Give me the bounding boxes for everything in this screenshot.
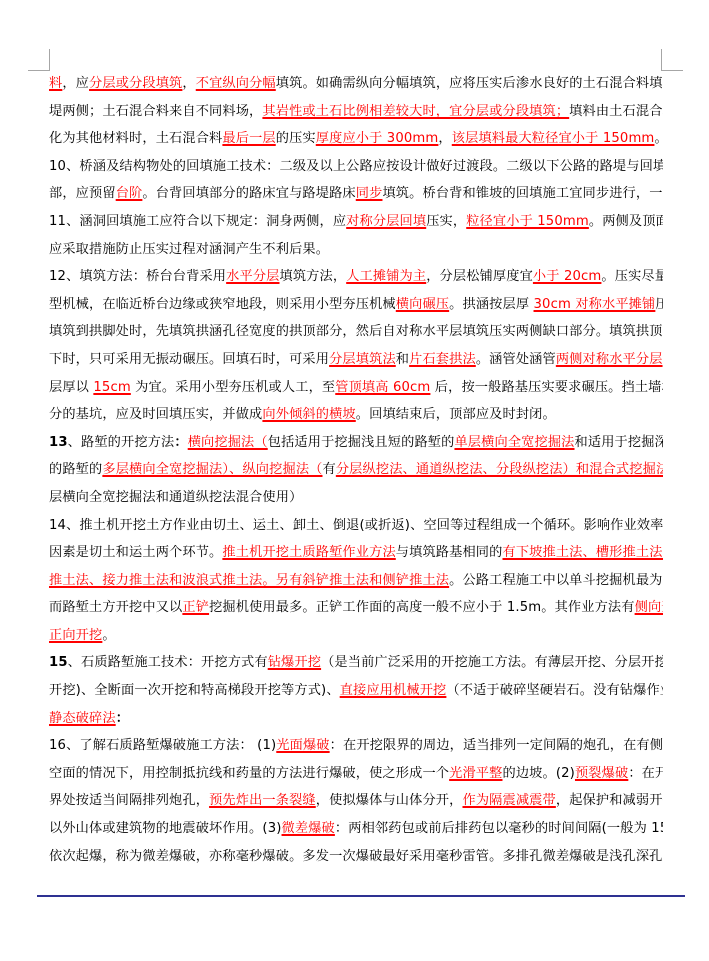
- highlighted-key-phrase: 最后一层: [222, 131, 275, 146]
- page-corner-mark-top-left: [28, 49, 50, 71]
- highlighted-key-phrase: 15cm: [93, 380, 130, 395]
- text-segment: 填筑方法，: [280, 269, 347, 284]
- text-segment: 的路堑的: [49, 462, 102, 477]
- text-segment: 空面的情况下，用控制抵抗线和药量的方法进行爆破，使之形成一个: [49, 766, 449, 781]
- text-line: 11、涵洞回填施工应符合以下规定：洞身两侧，应对称分层回填压实，粒径宜小于 15…: [49, 208, 663, 236]
- text-segment: 依次起爆，称为微差爆破，亦称毫秒爆破。多发一次爆破最好采用毫秒雷管。多排孔微差爆…: [49, 849, 663, 864]
- highlighted-key-phrase: 单层横向全宽挖掘法: [454, 435, 574, 450]
- text-segment: 化为其他材料时，土石混合料: [49, 131, 222, 146]
- highlighted-key-phrase: 片石套拱法: [409, 352, 476, 367]
- text-segment: 因素是切土和运土两个环节。: [49, 545, 222, 560]
- text-segment: 填筑到拱脚处时，先填筑拱涵孔径宽度的拱顶部分，然后自对称水平层填筑压实两侧缺口部…: [49, 324, 663, 339]
- text-segment: 部，应预留: [49, 186, 116, 201]
- text-segment: 应采取措施防止压实过程对涵洞产生不利后果。: [49, 242, 329, 257]
- highlighted-key-phrase: 正向开挖: [49, 628, 102, 643]
- text-segment: （不适于破碎坚硬岩石。没有钻爆作业）: [446, 683, 663, 698]
- text-line: 而路堑土方开挖中又以正铲挖掘机使用最多。正铲工作面的高度一般不应小于 1.5m。…: [49, 594, 663, 622]
- text-segment: 。拱涵按层厚: [449, 297, 533, 312]
- text-segment: 14、推土机开挖土方作业由切土、运土、卸土、倒退(或折返)、空回等过程组成一个循…: [49, 518, 663, 533]
- highlighted-key-phrase: 厚度应小于 300mm: [316, 131, 439, 146]
- highlighted-key-phrase: 分层填筑法: [329, 352, 396, 367]
- text-line: 静态破碎法：: [49, 705, 663, 733]
- highlighted-key-phrase: 有下坡推土法、槽形推土法、并列: [502, 545, 663, 560]
- text-segment: ：两相邻药包或前后排药包以毫秒的时间间隔(一般为 15～75ms): [335, 821, 663, 836]
- text-segment: 与填筑路基相同的: [396, 545, 503, 560]
- highlighted-key-phrase: 静态破碎法: [49, 711, 116, 726]
- highlighted-key-phrase: 水平分层: [226, 269, 279, 284]
- text-line: 因素是切土和运土两个环节。推土机开挖土质路堑作业方法与填筑路基相同的有下坡推土法…: [49, 539, 663, 567]
- highlighted-key-phrase: 对称分层回填: [346, 214, 426, 229]
- text-line: 正向开挖。: [49, 622, 663, 650]
- highlighted-key-phrase: 侧向开挖和: [635, 600, 663, 615]
- text-segment: 层横向全宽挖掘法和通道纵挖法混合使用）: [49, 490, 302, 505]
- text-line: 推土法、接力推土法和波浪式推土法。另有斜铲推土法和侧铲推土法。公路工程施工中以单…: [49, 567, 663, 595]
- highlighted-key-phrase: 两侧对称水平分层: [556, 352, 663, 367]
- text-segment: 11、涵洞回填施工应符合以下规定：洞身两侧，应: [49, 214, 346, 229]
- text-segment: 而路堑土方开挖中又以: [49, 600, 182, 615]
- highlighted-key-phrase: 不宜纵向分幅: [196, 76, 276, 91]
- text-line: 分的基坑，应及时回填压实，并做成向外倾斜的横坡。回填结束后，顶部应及时封闭。: [49, 401, 663, 429]
- text-segment: 压实；当: [655, 297, 663, 312]
- text-segment: 。两侧及顶面填土时，: [589, 214, 663, 229]
- text-segment: 型机械，在临近桥台边缘或狭窄地段，则采用小型夯压机械: [49, 297, 396, 312]
- text-line: 16、了解石质路堑爆破施工方法： (1)光面爆破：在开挖限界的周边，适当排列一定…: [49, 732, 663, 760]
- highlighted-key-phrase: 料: [49, 76, 62, 91]
- text-line: 填筑到拱脚处时，先填筑拱涵孔径宽度的拱顶部分，然后自对称水平层填筑压实两侧缺口部…: [49, 318, 663, 346]
- text-segment: 的边坡。(2): [502, 766, 574, 781]
- highlighted-key-phrase: 微差爆破: [282, 821, 335, 836]
- text-segment: ：: [174, 435, 187, 450]
- text-segment: 12、填筑方法：桥台台背采用: [49, 269, 226, 284]
- highlighted-key-phrase: 预裂爆破: [575, 766, 628, 781]
- highlighted-key-phrase: 管顶填高 60cm: [335, 380, 430, 395]
- highlighted-key-phrase: 30cm 对称水平摊铺: [534, 297, 656, 312]
- text-segment: ，: [438, 131, 451, 146]
- text-line: 应采取措施防止压实过程对涵洞产生不利后果。: [49, 236, 663, 264]
- highlighted-key-phrase: 光滑平整: [449, 766, 502, 781]
- text-segment: ：在开挖限: [628, 766, 663, 781]
- text-segment: 填筑。如确需纵向分幅填筑，应将压实后渗水良好的土石混合料填筑于路: [276, 76, 663, 91]
- text-segment: 。: [654, 131, 663, 146]
- text-segment: 挖掘机使用最多。正铲工作面的高度一般不应小于 1.5m。其作业方法有: [209, 600, 635, 615]
- text-line: 部，应预留台阶。台背回填部分的路床宜与路堤路床同步填筑。桥台背和锥坡的回填施工宜…: [49, 180, 663, 208]
- text-segment: ，应: [62, 76, 89, 91]
- text-segment: 后，按一般路基压实要求碾压。挡土墙墙背墙趾部: [430, 380, 663, 395]
- highlighted-key-phrase: 分层或分段填筑: [89, 76, 182, 91]
- text-segment: 为宜。采用小型夯压机或人工，至: [131, 380, 335, 395]
- highlighted-key-phrase: 其岩性或土石比例相差较大时，宜分层或分段填筑；: [262, 104, 569, 119]
- text-segment: ，分层松铺厚度宜: [426, 269, 533, 284]
- document-body: 料，应分层或分段填筑，不宜纵向分幅填筑。如确需纵向分幅填筑，应将压实后渗水良好的…: [49, 70, 663, 870]
- text-segment: 的压实: [276, 131, 316, 146]
- text-segment: 13: [49, 435, 68, 450]
- highlighted-key-phrase: 向外倾斜的横坡: [262, 407, 355, 422]
- page-corner-mark-top-right: [661, 49, 683, 71]
- text-line: 下时，只可采用无振动碾压。回填石时，可采用分层填筑法和片石套拱法。涵管处涵管两侧…: [49, 346, 663, 374]
- footer-divider: [37, 895, 685, 897]
- text-segment: 下时，只可采用无振动碾压。回填石时，可采用: [49, 352, 329, 367]
- highlighted-key-phrase: 横向碾压: [396, 297, 449, 312]
- text-line: 14、推土机开挖土方作业由切土、运土、卸土、倒退(或折返)、空回等过程组成一个循…: [49, 512, 663, 540]
- text-line: 12、填筑方法：桥台台背采用水平分层填筑方法，人工摊铺为主，分层松铺厚度宜小于 …: [49, 263, 663, 291]
- text-line: 型机械，在临近桥台边缘或狭窄地段，则采用小型夯压机械横向碾压。拱涵按层厚 30c…: [49, 291, 663, 319]
- text-segment: 。公路工程施工中以单斗挖掘机最为常见，: [449, 573, 663, 588]
- text-segment: ，: [182, 76, 195, 91]
- text-line: 层厚以 15cm 为宜。采用小型夯压机或人工，至管顶填高 60cm 后，按一般路…: [49, 374, 663, 402]
- text-segment: ：: [116, 711, 129, 726]
- text-line: 层横向全宽挖掘法和通道纵挖法混合使用）: [49, 484, 663, 512]
- highlighted-key-phrase: 人工摊铺为主: [346, 269, 426, 284]
- highlighted-key-phrase: 多层横向全宽挖掘法）、纵向挖掘法（: [102, 462, 322, 477]
- text-segment: 堤两侧；土石混合料来自不同料场，: [49, 104, 262, 119]
- text-segment: ，使拟爆体与山体分开，: [316, 793, 463, 808]
- text-segment: 16、了解石质路堑爆破施工方法： (1): [49, 738, 276, 753]
- highlighted-key-phrase: 预先炸出一条裂缝: [209, 793, 316, 808]
- text-segment: ，起保护和减弱开挖限界: [556, 793, 663, 808]
- text-segment: 以外山体或建筑物的地震破坏作用。(3): [49, 821, 282, 836]
- text-segment: 界处按适当间隔排列炮孔，: [49, 793, 209, 808]
- text-segment: 开挖)、全断面一次开挖和特高梯段开挖等方式)、: [49, 683, 340, 698]
- text-segment: 。压实尽量使用大: [601, 269, 663, 284]
- text-segment: 15: [49, 655, 68, 670]
- text-segment: 、石质路堑施工技术：开挖方式有: [68, 655, 268, 670]
- highlighted-key-phrase: 推土法、接力推土法和波浪式推土法。另有斜铲推土法和侧铲推土法: [49, 573, 449, 588]
- text-segment: 有: [323, 462, 336, 477]
- text-line: 料，应分层或分段填筑，不宜纵向分幅填筑。如确需纵向分幅填筑，应将压实后渗水良好的…: [49, 70, 663, 98]
- highlighted-key-phrase: 正铲: [182, 600, 209, 615]
- text-segment: 和适用于挖掘深且短: [575, 435, 663, 450]
- text-segment: 压实，: [426, 214, 466, 229]
- highlighted-key-phrase: 小于 20cm: [533, 269, 602, 284]
- text-segment: 。涵管处涵管: [476, 352, 556, 367]
- text-line: 开挖)、全断面一次开挖和特高梯段开挖等方式)、直接应用机械开挖（不适于破碎坚硬岩…: [49, 677, 663, 705]
- highlighted-key-phrase: 该层填料最大粒径宜小于 150mm: [452, 131, 655, 146]
- text-segment: 分的基坑，应及时回填压实，并做成: [49, 407, 262, 422]
- highlighted-key-phrase: 同步: [356, 186, 383, 201]
- text-line: 15、石质路堑施工技术：开挖方式有钻爆开挖（是当前广泛采用的开挖施工方法。有薄层…: [49, 649, 663, 677]
- highlighted-key-phrase: 钻爆开挖: [268, 655, 321, 670]
- highlighted-key-phrase: 光面爆破: [276, 738, 329, 753]
- text-segment: ：在开挖限界的周边，适当排列一定间隔的炮孔，在有侧向临: [330, 738, 663, 753]
- text-segment: 。台背回填部分的路床宜与路堤路床: [142, 186, 355, 201]
- highlighted-key-phrase: 作为隔震减震带: [462, 793, 555, 808]
- text-line: 的路堑的多层横向全宽挖掘法）、纵向挖掘法（有分层纵挖法、通道纵挖法、分段纵挖法）…: [49, 456, 663, 484]
- text-line: 空面的情况下，用控制抵抗线和药量的方法进行爆破，使之形成一个光滑平整的边坡。(2…: [49, 760, 663, 788]
- text-line: 10、桥涵及结构物处的回填施工技术：二级及以上公路应按设计做好过渡段。二级以下公…: [49, 153, 663, 181]
- text-segment: 。回填结束后，顶部应及时封闭。: [356, 407, 556, 422]
- text-segment: 包括适用于挖掘浅且短的路堑的: [268, 435, 455, 450]
- text-line: 以外山体或建筑物的地震破坏作用。(3)微差爆破：两相邻药包或前后排药包以毫秒的时…: [49, 815, 663, 843]
- text-segment: 和: [396, 352, 409, 367]
- text-line: 依次起爆，称为微差爆破，亦称毫秒爆破。多发一次爆破最好采用毫秒雷管。多排孔微差爆…: [49, 843, 663, 871]
- highlighted-key-phrase: 分层纵挖法、通道纵挖法、分段纵挖法）和混合式挖掘法（: [336, 462, 663, 477]
- highlighted-key-phrase: 粒径宜小于 150mm: [466, 214, 589, 229]
- text-segment: 填筑。桥台背和锥坡的回填施工宜同步进行，一次填足: [382, 186, 663, 201]
- text-segment: 层厚以: [49, 380, 93, 395]
- text-line: 堤两侧；土石混合料来自不同料场，其岩性或土石比例相差较大时，宜分层或分段填筑；填…: [49, 98, 663, 126]
- text-segment: 填料由土石混合材料变: [569, 104, 663, 119]
- text-line: 化为其他材料时，土石混合料最后一层的压实厚度应小于 300mm，该层填料最大粒径…: [49, 125, 663, 153]
- text-segment: 10、桥涵及结构物处的回填施工技术：二级及以上公路应按设计做好过渡段。二级以下公…: [49, 159, 663, 174]
- highlighted-key-phrase: 台阶: [116, 186, 143, 201]
- text-segment: 。: [102, 628, 115, 643]
- text-line: 13、路堑的开挖方法：横向挖掘法（包括适用于挖掘浅且短的路堑的单层横向全宽挖掘法…: [49, 429, 663, 457]
- text-segment: （是当前广泛采用的开挖施工方法。有薄层开挖、分层开挖(梯段: [321, 655, 663, 670]
- highlighted-key-phrase: 直接应用机械开挖: [340, 683, 447, 698]
- text-line: 界处按适当间隔排列炮孔，预先炸出一条裂缝，使拟爆体与山体分开，作为隔震减震带，起…: [49, 787, 663, 815]
- highlighted-key-phrase: 推土机开挖土质路堑作业方法: [222, 545, 395, 560]
- highlighted-key-phrase: 横向挖掘法（: [188, 435, 268, 450]
- text-segment: 、路堑的开挖方法: [68, 435, 175, 450]
